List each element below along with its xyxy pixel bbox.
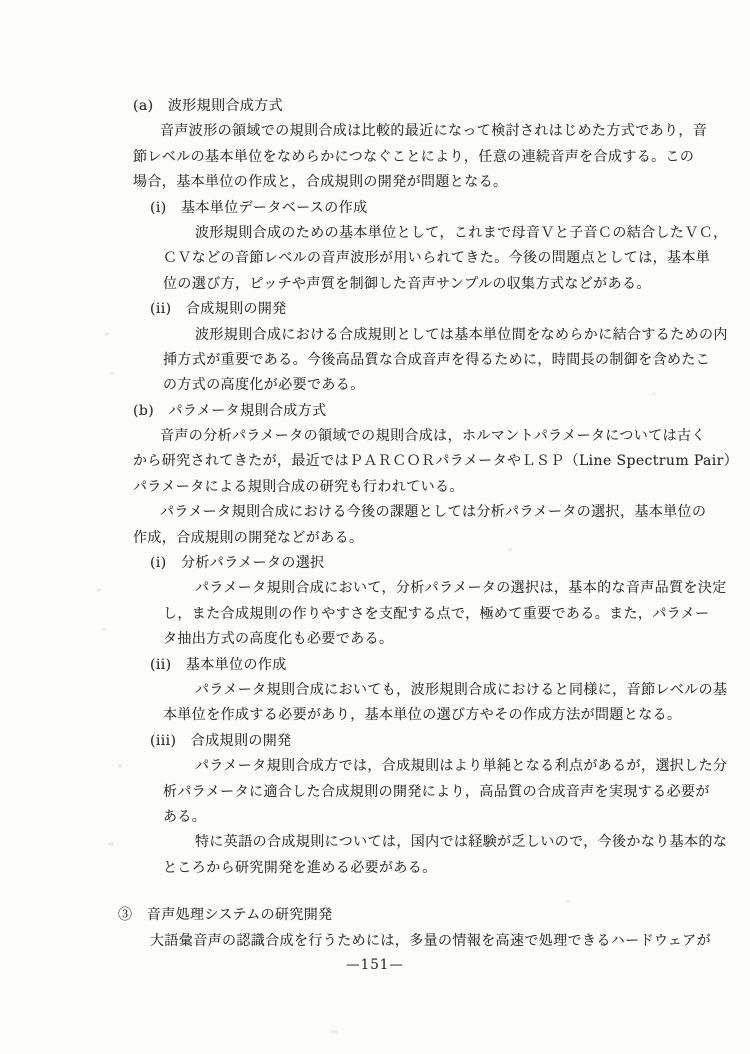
text-line: 挿方式が重要である。今後高品質な合成音声を得るために，時間長の制御を含めたこ — [163, 348, 750, 373]
subsection-b-iii-heading: (iii) 合成規則の開発 — [150, 729, 750, 754]
text-line: パラメータ規則合成において，分析パラメータの選択は，基本的な音声品質を決定 — [195, 576, 750, 601]
text-line: し，また合成規則の作りやすさを支配する点で，極めて重要である。また，パラメー — [163, 602, 750, 627]
text-line: パラメータ規則合成においても，波形規則合成におけると同様に，音節レベルの基 — [195, 678, 750, 703]
text-line: パラメータ規則合成における今後の課題としては分析パラメータの選択，基本単位の — [160, 500, 750, 525]
text-line: 波形規則合成のための基本単位として，これまで母音Ｖと子音Ｃの結合したＶＣ， — [195, 221, 750, 246]
text-line: タ抽出方式の高度化も必要である。 — [163, 627, 750, 652]
scanned-page: (a) 波形規則合成方式音声波形の領域での規則合成は比較的最近になって検討されは… — [0, 0, 750, 1054]
text-line: の方式の高度化が必要である。 — [163, 373, 750, 398]
text-line: 作成，合成規則の開発などがある。 — [133, 526, 750, 551]
scan-speck — [96, 588, 101, 592]
text-line: 波形規則合成における合成規則としては基本単位間をなめらかに結合するための内 — [195, 323, 750, 348]
scan-speck — [102, 628, 106, 631]
text-line: ところから研究開発を進める必要がある。 — [163, 856, 750, 881]
scan-speck — [104, 332, 109, 336]
subsection-a-ii-heading: (ii) 合成規則の開発 — [150, 297, 750, 322]
text-line: パラメータによる規則合成の研究も行われている。 — [133, 475, 750, 500]
page-number: —151— — [0, 957, 750, 973]
section-3-heading: ③ 音声処理システムの研究開発 — [118, 903, 750, 928]
section-a-heading: (a) 波形規則合成方式 — [133, 94, 750, 119]
scan-speck — [118, 764, 122, 768]
text-line: ある。 — [163, 805, 750, 830]
text-line: から研究されてきたが，最近ではＰＡＲＣＯＲパラメータやＬＳＰ（Line Spec… — [133, 449, 750, 474]
scan-speck — [566, 900, 570, 903]
scan-speck — [108, 842, 114, 846]
text-line: 析パラメータに適合した合成規則の開発により，高品質の合成音声を実現する必要が — [163, 780, 750, 805]
text-line: ＣＶなどの音節レベルの音声波形が用いられてきた。今後の問題点としては，基本単 — [163, 246, 750, 271]
text-line: 特に英語の合成規則については，国内では経験が乏しいので，今後かなり基本的な — [195, 830, 750, 855]
text-line: パラメータ規則合成方では，合成規則はより単純となる利点があるが，選択した分 — [195, 754, 750, 779]
text-line: 場合，基本単位の作成と，合成規則の開発が問題となる。 — [133, 170, 750, 195]
text-line: 音声の分析パラメータの領域での規則合成は，ホルマントパラメータについては古く — [160, 424, 750, 449]
text-line: 位の選び方，ピッチや声質を制御した音声サンプルの収集方式などがある。 — [163, 272, 750, 297]
text-line: 本単位を作成する必要があり，基本単位の選び方やその作成方法が問題となる。 — [163, 703, 750, 728]
section-b-heading: (b) パラメータ規則合成方式 — [133, 399, 750, 424]
scan-speck — [652, 392, 656, 395]
subsection-a-i-heading: (i) 基本単位データベースの作成 — [150, 196, 750, 221]
scan-speck — [508, 548, 512, 551]
text-line: 音声波形の領域での規則合成は比較的最近になって検討されはじめた方式であり，音 — [160, 119, 750, 144]
text-line: 節レベルの基本単位をなめらかにつなぐことにより，任意の連続音声を合成する。この — [133, 145, 750, 170]
scan-speck — [330, 1030, 338, 1033]
scan-speck — [110, 372, 114, 375]
subsection-b-ii-heading: (ii) 基本単位の作成 — [150, 653, 750, 678]
document-body: (a) 波形規則合成方式音声波形の領域での規則合成は比較的最近になって検討されは… — [0, 94, 750, 954]
subsection-b-i-heading: (i) 分析パラメータの選択 — [150, 551, 750, 576]
text-line: 大語彙音声の認識合成を行うためには，多量の情報を高速で処理できるハードウェアが — [150, 929, 750, 954]
